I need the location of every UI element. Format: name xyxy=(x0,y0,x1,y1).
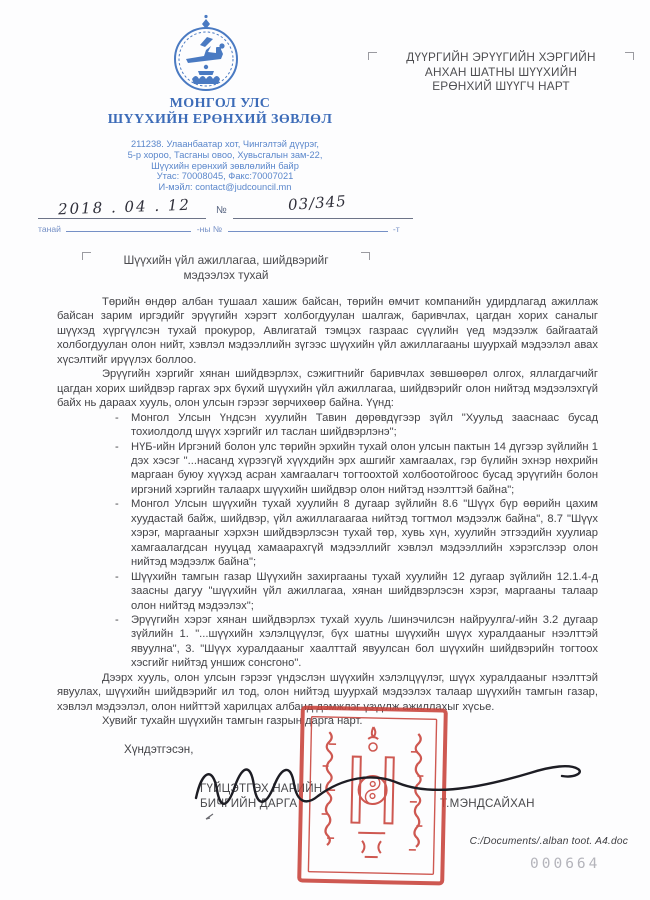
number-underline xyxy=(233,218,413,219)
address-line: 5-р хороо, Тасганы овоо, Хувьсгалын зам-… xyxy=(30,150,420,161)
letter-body: Төрийн өндөр албан тушаал хашиж байсан, … xyxy=(57,295,598,729)
list-item: Монгол Улсын шүүхийн тухай хуулийн 8 дуг… xyxy=(115,497,598,569)
subject-block: Шүүхийн үйл ажиллагаа, шийдвэрийг мэдээл… xyxy=(82,250,370,283)
org-name-council: ШҮҮХИЙН ЕРӨНХИЙ ЗӨВЛӨЛ xyxy=(20,112,420,128)
list-item: Эрүүгийн хэрэг хянан шийдвэрлэх тухай ху… xyxy=(115,613,598,671)
corner-bracket-icon xyxy=(82,252,91,260)
recipient-line: ЕРӨНХИЙ ШҮҮГЧ НАРТ xyxy=(368,79,634,94)
pen-mark-icon xyxy=(204,812,216,822)
your-ref-blank xyxy=(66,224,191,232)
reference-line: 2018 . 04 . 12 № 03/345 xyxy=(0,196,650,226)
address-line: Шүүхийн ерөнхий зөвлөлийн байр xyxy=(30,161,420,172)
recipient-line: ДҮҮРГИЙН ЭРҮҮГИЙН ХЭРГИЙН xyxy=(368,50,634,65)
state-emblem-icon xyxy=(162,13,250,99)
recipient-block: ДҮҮРГИЙН ЭРҮҮГИЙН ХЭРГИЙН АНХАН ШАТНЫ ШҮ… xyxy=(368,50,634,94)
paragraph: Төрийн өндөр албан тушаал хашиж байсан, … xyxy=(57,295,598,367)
paragraph: Эрүүгийн хэргийг хянан шийдвэрлэх, сэжиг… xyxy=(57,367,598,410)
org-name: МОНГОЛ УЛС ШҮҮХИЙН ЕРӨНХИЙ ЗӨВЛӨЛ xyxy=(20,96,420,127)
org-address: 211238. Улаанбаатар хот, Чингэлтэй дүүрэ… xyxy=(30,139,420,193)
handwritten-number: 03/345 xyxy=(287,192,347,214)
corner-bracket-icon xyxy=(361,252,370,260)
address-line: И-мэйл: contact@judcouncil.mn xyxy=(30,182,420,193)
corner-bracket-icon xyxy=(625,52,634,60)
legal-points-list: Монгол Улсын Үндсэн хуулийн Тавин дөрөвд… xyxy=(115,411,598,671)
your-ref-prefix: танай xyxy=(38,224,61,234)
your-ref-blank xyxy=(228,224,388,232)
list-item: НҮБ-ийн Иргэний болон улс төрийн эрхийн … xyxy=(115,440,598,498)
your-ref-mid: -ны № xyxy=(197,224,222,234)
scanned-official-letter: МОНГОЛ УЛС ШҮҮХИЙН ЕРӨНХИЙ ЗӨВЛӨЛ 211238… xyxy=(0,0,650,900)
recipient-line: АНХАН ШАТНЫ ШҮҮХИЙН xyxy=(368,65,634,80)
your-ref-line: танай -ны № -т xyxy=(38,224,458,234)
address-line: Утас: 70008045, Факс:70007021 xyxy=(30,171,420,182)
number-symbol: № xyxy=(216,205,227,216)
serial-number: 000664 xyxy=(530,856,600,872)
list-item: Шүүхийн тамгын газар Шүүхийн захиргааны … xyxy=(115,570,598,613)
subject-line: мэдээлэх тухай xyxy=(94,268,358,283)
subject-line: Шүүхийн үйл ажиллагаа, шийдвэрийг xyxy=(94,253,358,268)
address-line: 211238. Улаанбаатар хот, Чингэлтэй дүүрэ… xyxy=(30,139,420,150)
your-ref-suffix: -т xyxy=(393,224,400,234)
org-name-country: МОНГОЛ УЛС xyxy=(20,96,420,112)
signature-icon xyxy=(188,752,624,814)
file-path-note: C:/Documents/.alban toot. A4.doc xyxy=(470,836,628,847)
handwritten-date: 2018 . 04 . 12 xyxy=(58,196,192,219)
salutation: Хүндэтгэсэн, xyxy=(124,743,193,756)
corner-bracket-icon xyxy=(368,52,377,60)
list-item: Монгол Улсын Үндсэн хуулийн Тавин дөрөвд… xyxy=(115,411,598,440)
